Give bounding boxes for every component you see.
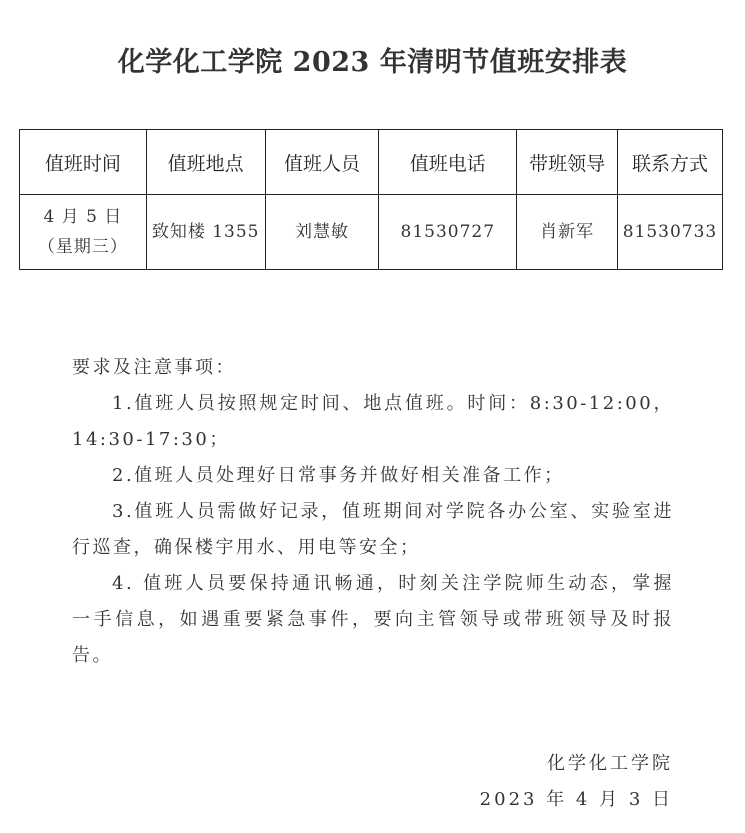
duty-schedule-table: 值班时间 值班地点 值班人员 值班电话 带班领导 联系方式 4 月 5 日 （星… bbox=[19, 129, 723, 270]
date-text: 4 月 5 日 bbox=[20, 202, 146, 232]
document-title: 化学化工学院 2023 年清明节值班安排表 bbox=[0, 40, 745, 79]
signature-block: 化学化工学院 2023 年 4 月 3 日 bbox=[480, 746, 673, 818]
header-duty-staff: 值班人员 bbox=[265, 130, 379, 195]
header-duty-time: 值班时间 bbox=[20, 130, 147, 195]
note-item-4: 4. 值班人员要保持通讯畅通，时刻关注学院师生动态，掌握一手信息，如遇重要紧急事… bbox=[72, 566, 674, 674]
cell-duty-location: 致知楼 1355 bbox=[146, 195, 265, 270]
cell-duty-staff: 刘慧敏 bbox=[265, 195, 379, 270]
header-duty-location: 值班地点 bbox=[146, 130, 265, 195]
header-duty-phone: 值班电话 bbox=[379, 130, 517, 195]
header-leader: 带班领导 bbox=[517, 130, 618, 195]
cell-duty-phone: 81530727 bbox=[379, 195, 517, 270]
notes-section: 要求及注意事项： 1.值班人员按照规定时间、地点值班。时间：8:30-12:00… bbox=[72, 350, 674, 674]
weekday-text: （星期三） bbox=[20, 232, 146, 262]
table-row: 4 月 5 日 （星期三） 致知楼 1355 刘慧敏 81530727 肖新军 … bbox=[20, 195, 723, 270]
signature-date: 2023 年 4 月 3 日 bbox=[480, 782, 673, 818]
note-item-2: 2.值班人员处理好日常事务并做好相关准备工作； bbox=[72, 458, 674, 494]
cell-duty-time: 4 月 5 日 （星期三） bbox=[20, 195, 147, 270]
cell-leader: 肖新军 bbox=[517, 195, 618, 270]
notes-heading: 要求及注意事项： bbox=[72, 350, 674, 386]
table-header-row: 值班时间 值班地点 值班人员 值班电话 带班领导 联系方式 bbox=[20, 130, 723, 195]
cell-contact: 81530733 bbox=[617, 195, 722, 270]
note-item-1: 1.值班人员按照规定时间、地点值班。时间：8:30-12:00，14:30-17… bbox=[72, 386, 674, 458]
signature-org: 化学化工学院 bbox=[480, 746, 673, 782]
header-contact: 联系方式 bbox=[617, 130, 722, 195]
note-item-3: 3.值班人员需做好记录，值班期间对学院各办公室、实验室进行巡查，确保楼宇用水、用… bbox=[72, 494, 674, 566]
